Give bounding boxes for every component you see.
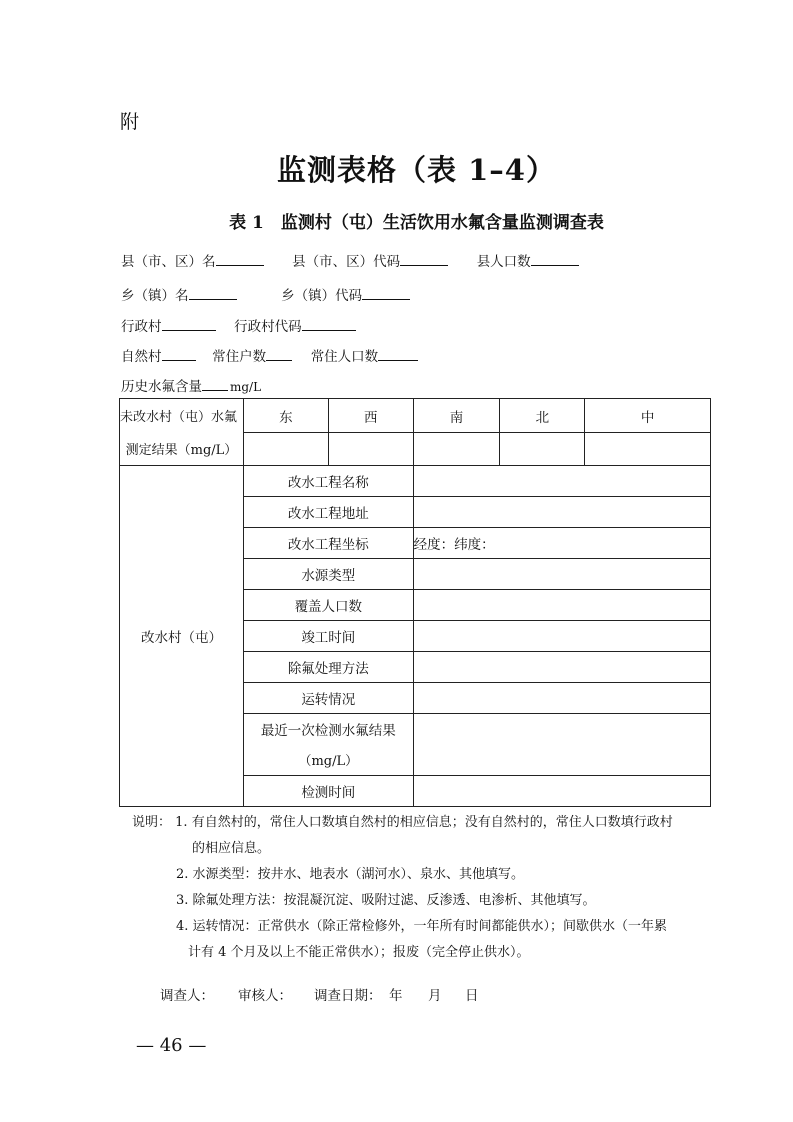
investigator-label: 调查人： (160, 984, 214, 1004)
admin-village-code-label: 行政村代码 (234, 319, 302, 335)
project-name-cell[interactable] (413, 466, 710, 497)
direction-east: 东 (243, 399, 328, 433)
historical-fluoride-blank[interactable] (202, 376, 228, 391)
admin-village-blank[interactable] (162, 316, 216, 331)
row-label-project-name: 改水工程名称 (243, 466, 413, 497)
direction-west: 西 (328, 399, 413, 433)
defluoridation-method-cell[interactable] (413, 652, 710, 683)
result-east-cell[interactable] (243, 433, 328, 466)
test-time-cell[interactable] (413, 776, 710, 807)
resident-households-label: 常住户数 (212, 349, 266, 365)
county-population-label: 县人口数 (477, 254, 531, 270)
water-source-type-cell[interactable] (413, 559, 710, 590)
row-label-project-coordinates: 改水工程坐标 (243, 528, 413, 559)
direction-center: 中 (585, 399, 711, 433)
township-name-blank[interactable] (189, 285, 237, 300)
row-label-water-source-type: 水源类型 (243, 559, 413, 590)
operation-status-cell[interactable] (413, 683, 710, 714)
appendix-label: 附 (120, 107, 139, 134)
admin-village-label: 行政村 (121, 319, 162, 335)
main-title: 监测表格（表 1–4） (0, 148, 793, 189)
result-north-cell[interactable] (500, 433, 585, 466)
field-row-natural-village: 自然村 常住户数 常住人口数 (121, 345, 422, 365)
note-1-cont: 的相应信息。 (132, 836, 673, 862)
notes-prefix: 说明： (132, 815, 171, 830)
resident-population-blank[interactable] (378, 346, 418, 361)
page-number: — 46 — (136, 1035, 206, 1056)
county-name-blank[interactable] (216, 251, 264, 266)
county-population-blank[interactable] (531, 251, 579, 266)
note-1-num: 1. (175, 815, 187, 830)
county-code-blank[interactable] (400, 251, 448, 266)
township-name-label: 乡（镇）名 (121, 288, 189, 304)
field-row-historical-fluoride: 历史水氟含量mg/L (121, 375, 261, 395)
direction-south: 南 (413, 399, 500, 433)
project-coordinates-cell[interactable]: 经度：纬度： (413, 528, 710, 559)
day-label: 日 (465, 984, 479, 1004)
unimproved-label: 未改水村（屯）水氟 (120, 399, 244, 433)
township-code-blank[interactable] (362, 285, 410, 300)
field-row-admin-village: 行政村 行政村代码 (121, 315, 360, 335)
county-name-label: 县（市、区）名 (121, 254, 216, 270)
row-label-defluoridation-method: 除氟处理方法 (243, 652, 413, 683)
project-address-cell[interactable] (413, 497, 710, 528)
natural-village-label: 自然村 (121, 349, 162, 365)
field-row-county: 县（市、区）名 县（市、区）代码 县人口数 (121, 250, 583, 270)
note-1-text: 有自然村的，常住人口数填自然村的相应信息；没有自然村的，常住人口数填行政村 (192, 815, 673, 830)
note-3-num: 3. (176, 893, 188, 908)
row-label-covered-population: 覆盖人口数 (243, 590, 413, 621)
row-label-latest-fluoride-result: 最近一次检测水氟结果 (243, 714, 413, 745)
month-label: 月 (428, 984, 442, 1004)
resident-households-blank[interactable] (266, 346, 292, 361)
row-label-latest-fluoride-unit: （mg/L） (243, 745, 413, 776)
survey-date-label: 调查日期： (314, 984, 382, 1004)
historical-fluoride-label: 历史水氟含量 (121, 379, 202, 395)
note-4-cont: 计有 4 个月及以上不能正常供水）；报废（完全停止供水）。 (132, 940, 673, 966)
note-4-text: 运转情况：正常供水（除正常检修外，一年所有时间都能供水）；间歇供水（一年累 (193, 919, 668, 934)
note-2-text: 水源类型：按井水、地表水（湖河水）、泉水、其他填写。 (193, 867, 525, 882)
row-label-test-time: 检测时间 (243, 776, 413, 807)
township-code-label: 乡（镇）代码 (281, 288, 362, 304)
row-label-project-address: 改水工程地址 (243, 497, 413, 528)
admin-village-code-blank[interactable] (302, 316, 356, 331)
unit-label: mg/L (230, 380, 261, 394)
improved-village-label: 改水村（屯） (120, 466, 244, 807)
result-west-cell[interactable] (328, 433, 413, 466)
direction-north: 北 (500, 399, 585, 433)
reviewer-label: 审核人： (238, 984, 292, 1004)
unimproved-label-line2: 测定结果（mg/L） (120, 433, 244, 466)
notes-section: 说明： 1. 有自然村的，常住人口数填自然村的相应信息；没有自然村的，常住人口数… (132, 810, 673, 966)
resident-population-label: 常住人口数 (311, 349, 379, 365)
county-code-label: 县（市、区）代码 (292, 254, 400, 270)
result-south-cell[interactable] (413, 433, 500, 466)
year-label: 年 (389, 984, 403, 1004)
row-label-completion-time: 竣工时间 (243, 621, 413, 652)
note-4-num: 4. (176, 919, 188, 934)
row-label-operation-status: 运转情况 (243, 683, 413, 714)
covered-population-cell[interactable] (413, 590, 710, 621)
latest-fluoride-result-cell[interactable] (413, 714, 710, 776)
survey-table: 未改水村（屯）水氟 东 西 南 北 中 测定结果（mg/L） 改水村（屯） 改水… (119, 398, 711, 807)
table-title: 表 1 监测村（屯）生活饮用水氟含量监测调查表 (0, 208, 793, 233)
note-3-text: 除氟处理方法：按混凝沉淀、吸附过滤、反渗透、电渗析、其他填写。 (193, 893, 596, 908)
note-2-num: 2. (176, 867, 188, 882)
natural-village-blank[interactable] (162, 346, 196, 361)
field-row-township: 乡（镇）名 乡（镇）代码 (121, 284, 414, 304)
completion-time-cell[interactable] (413, 621, 710, 652)
result-center-cell[interactable] (585, 433, 711, 466)
